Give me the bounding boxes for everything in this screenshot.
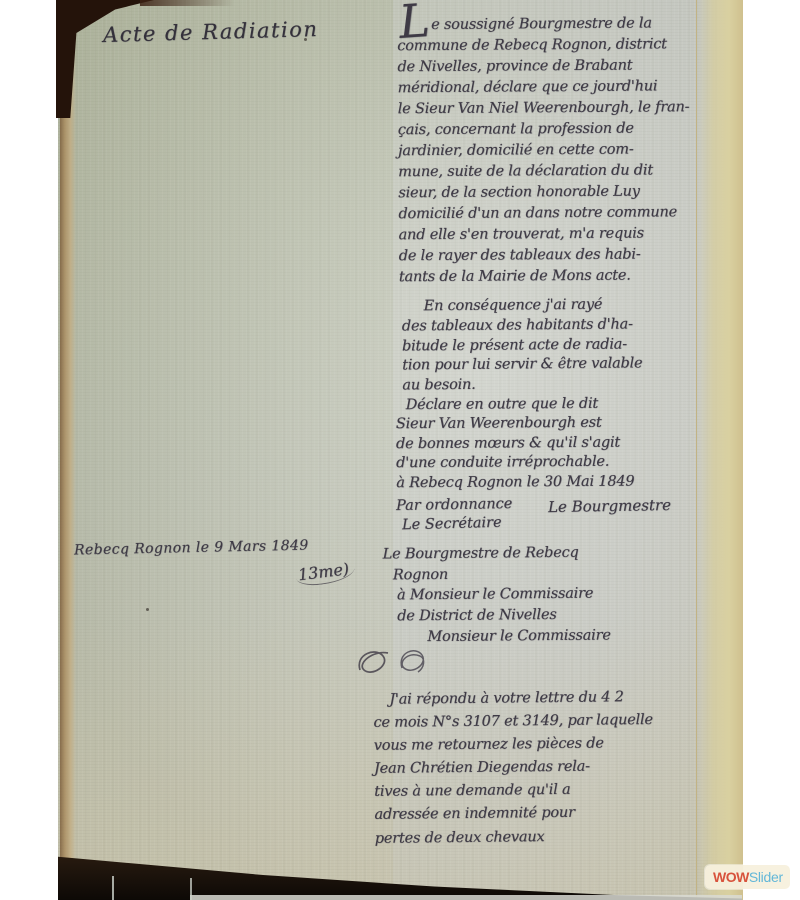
reflection-streak <box>190 878 192 900</box>
page-binding-edge <box>60 6 76 862</box>
body-paragraph-2: En conséquence j'ai rayé des tableaux de… <box>402 295 738 397</box>
ink-speck <box>304 38 307 41</box>
handwriting-line: de le rayer des tableaux des habi- <box>399 244 744 267</box>
handwriting-line: Le Bourgmestre de Rebecq <box>383 542 713 566</box>
handwriting-line: jardinier, domicilié en cette com- <box>398 139 743 162</box>
body-paragraph-1: e soussigné Bourgmestre de la commune de… <box>397 13 744 288</box>
handwriting-line: le Sieur Van Niel Weerenbourgh, le fran- <box>398 97 743 120</box>
handwriting-line: and elle s'en trouverat, m'a requis <box>399 223 744 246</box>
ink-speck <box>146 608 149 611</box>
photo-of-manuscript: Acte de Radiation L e soussigné Bourgmes… <box>0 0 800 900</box>
handwriting-line: sieur, de la section honorable Luy <box>398 181 743 204</box>
wowslider-watermark[interactable]: WOWSlider <box>705 865 790 889</box>
signoff-secretary: Le Secrétaire <box>402 515 502 534</box>
handwriting-line: de bonnes mœurs & qu'il s'agit <box>396 433 736 455</box>
address-block: Le Bourgmestre de Rebecq Rognon à Monsie… <box>383 542 714 648</box>
reflection-streak <box>112 876 114 900</box>
handwriting-line: à Monsieur le Commissaire <box>383 583 713 607</box>
handwriting-line: de District de Nivelles <box>383 604 713 628</box>
body-paragraph-3: Déclare en outre que le dit Sieur Van We… <box>396 394 737 493</box>
calligraphic-flourish-icon <box>352 642 442 684</box>
signoff-by-order: Par ordonnance <box>396 496 513 514</box>
handwriting-line: çais, concernant la profession de <box>398 118 743 141</box>
book-cover-top-edge <box>140 0 235 6</box>
body-paragraph-4: J'ai répondu à votre lettre du 4 2 ce mo… <box>373 685 730 850</box>
handwriting-line: pertes de deux chevaux <box>375 824 730 851</box>
handwriting-line: au besoin. <box>402 374 737 397</box>
handwriting-line: Déclare en outre que le dit <box>396 394 736 416</box>
table-edge-highlight <box>190 895 742 900</box>
handwriting-line: Sieur Van Weerenbourgh est <box>396 413 736 435</box>
handwriting-line: domicilié d'un an dans notre commune <box>398 202 743 225</box>
handwriting-line: commune de Rebecq Rognon, district <box>397 34 742 57</box>
handwriting-line: tants de la Mairie de Mons acte. <box>399 265 744 288</box>
handwriting-line: à Rebecq Rognon le 30 Mai 1849 <box>396 471 736 493</box>
handwriting-line: Rognon <box>383 562 713 586</box>
handwriting-line: méridional, déclare que ce jourd'hui <box>397 76 742 99</box>
watermark-slider-text: Slider <box>749 867 783 887</box>
watermark-wow-text: WOW <box>713 867 749 887</box>
handwriting-line: mune, suite de la déclaration du dit <box>398 160 743 183</box>
handwriting-line: d'une conduite irréprochable. <box>396 452 736 474</box>
signoff-mayor: Le Bourgmestre <box>548 496 671 516</box>
handwriting-line: e soussigné Bourgmestre de la <box>397 13 742 36</box>
handwriting-line: de Nivelles, province de Brabant <box>397 55 742 78</box>
